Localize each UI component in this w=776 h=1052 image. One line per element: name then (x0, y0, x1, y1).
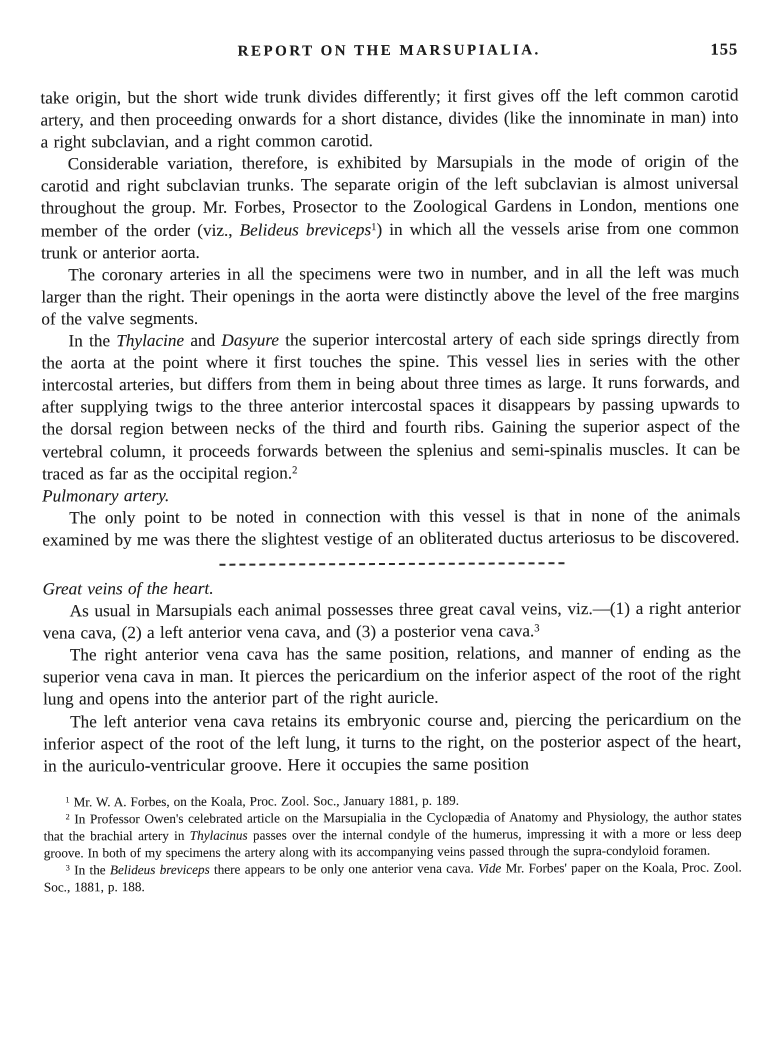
running-header: REPORT ON THE MARSUPIALIA. 155 (40, 40, 738, 61)
paragraph-superior-intercostal: In the Thylacine and Dasyure the superio… (41, 328, 740, 486)
paragraph-trunk-origin: take origin, but the short wide trunk di… (40, 84, 738, 153)
section-heading-great-veins: Great veins of the heart. (43, 575, 741, 600)
page-body: take origin, but the short wide trunk di… (40, 84, 741, 777)
page-number: 155 (710, 40, 738, 58)
footnote-3: 3 In the Belideus breviceps there appear… (44, 858, 742, 895)
running-header-title: REPORT ON THE MARSUPIALIA. (238, 42, 541, 59)
section-heading-pulmonary-artery: Pulmonary artery. (42, 482, 740, 507)
paragraph-coronary-arteries: The coronary arteries in all the specime… (41, 261, 739, 330)
paragraph-left-anterior-vena-cava: The left anterior vena cava retains its … (43, 708, 741, 777)
paragraph-considerable-variation: Considerable variation, therefore, is ex… (41, 151, 739, 265)
paragraph-right-anterior-vena-cava: The right anterior vena cava has the sam… (43, 642, 741, 711)
paragraph-ductus-arteriosus: The only point to be noted in connection… (42, 504, 740, 551)
paragraph-three-caval-veins: As usual in Marsupials each animal posse… (43, 598, 741, 645)
section-divider-rule (219, 562, 564, 566)
footnotes: 1 Mr. W. A. Forbes, on the Koala, Proc. … (43, 790, 741, 895)
scanned-page: REPORT ON THE MARSUPIALIA. 155 take orig… (0, 0, 776, 1052)
footnote-2: 2 In Professor Owen's celebrated article… (44, 807, 742, 861)
